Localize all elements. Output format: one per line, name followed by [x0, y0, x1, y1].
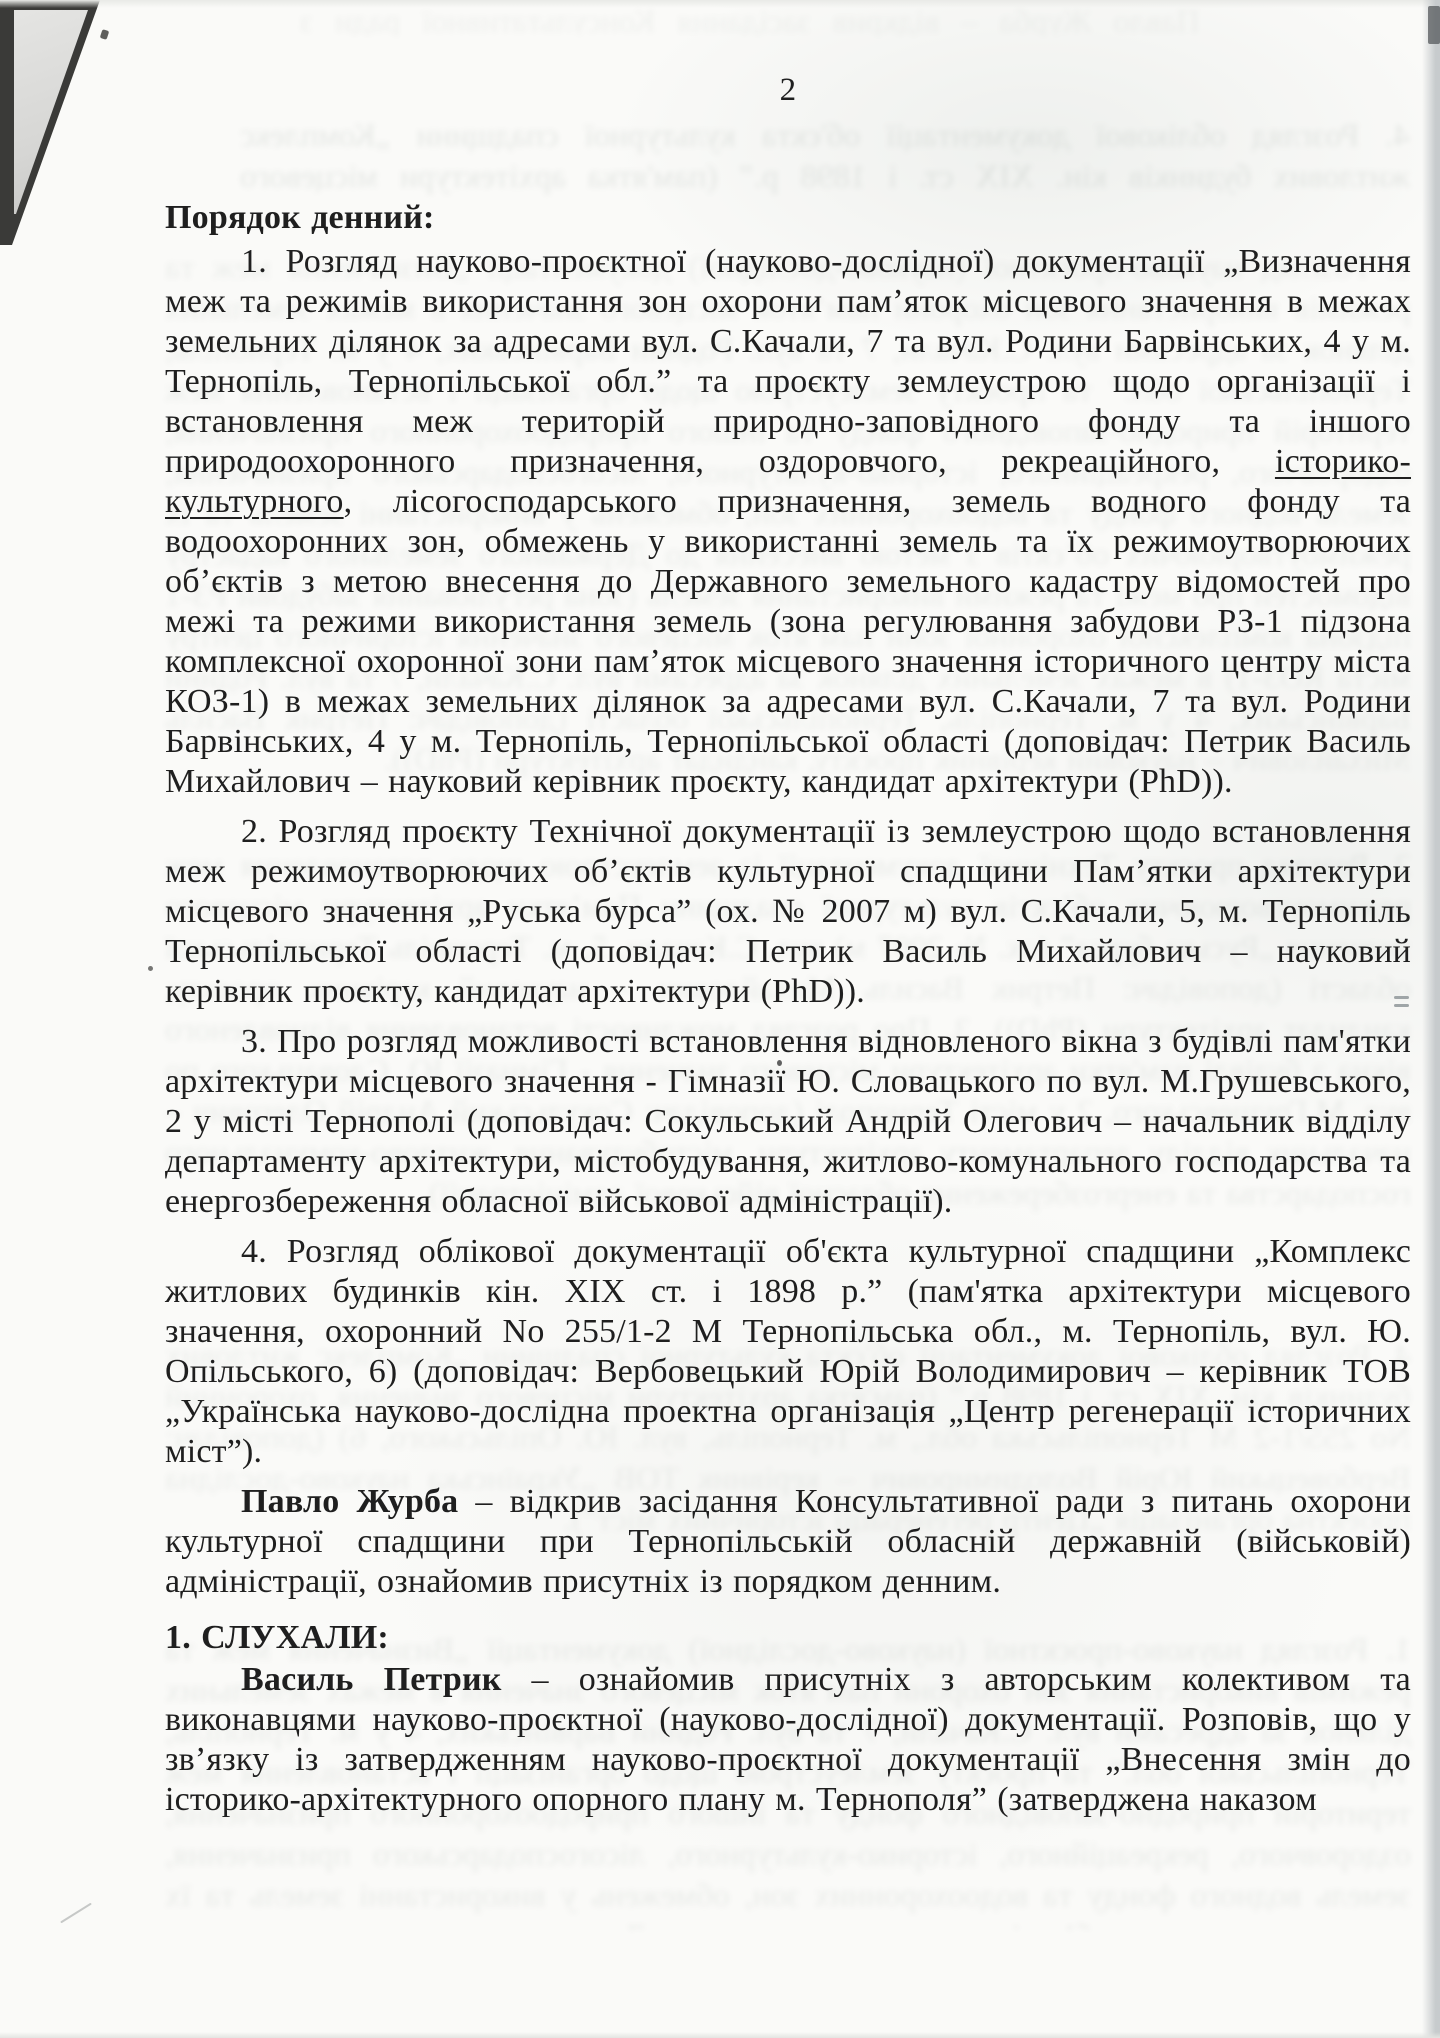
scan-speck [60, 1903, 92, 1924]
document-text-block: 2 Порядок денний: 1. Розгляд науково-про… [165, 0, 1411, 1820]
opening-paragraph: Павло Журба – відкрив засідання Консульт… [165, 1482, 1411, 1602]
page-edge-shadow-bottom [0, 2032, 1440, 2038]
text-run: , лісогосподарського призначення, земель… [165, 483, 1411, 800]
scanned-document-page: Павло Журба – відкрив засідання Консульт… [0, 0, 1440, 2038]
speaker-paragraph: Василь Петрик – ознайомив присутніх з ав… [165, 1660, 1411, 1820]
scan-edge-mark [1428, 6, 1440, 44]
agenda-item-1: 1. Розгляд науково-проєктної (науково-до… [165, 242, 1411, 802]
text-run: 2. Розгляд проєкту Технічної документаці… [165, 813, 1411, 1010]
text-run: Василь Петрик [241, 1661, 502, 1698]
text-run: 3. Про розгляд можливості встановлення в… [165, 1023, 1411, 1220]
document-body: 1. Розгляд науково-проєктної (науково-до… [165, 242, 1411, 1820]
agenda-item-3: 3. Про розгляд можливості встановлення в… [165, 1022, 1411, 1222]
text-run: 1. Розгляд науково-проєктної (науково-до… [165, 243, 1411, 480]
text-run: Павло Журба [241, 1483, 458, 1520]
agenda-item-4: 4. Розгляд облікової документації об'єкт… [165, 1232, 1411, 1472]
agenda-item-2: 2. Розгляд проєкту Технічної документаці… [165, 812, 1411, 1012]
scan-speck [100, 29, 109, 40]
scan-speck [1394, 1004, 1409, 1007]
heard-heading: 1. СЛУХАЛИ: [165, 1618, 1411, 1658]
page-number: 2 [165, 70, 1411, 110]
text-run: 4. Розгляд облікової документації об'єкт… [165, 1233, 1411, 1470]
page-edge-shadow-top [0, 0, 1440, 8]
scan-speck [148, 966, 153, 971]
text-run: 1. СЛУХАЛИ: [165, 1619, 389, 1656]
scan-speck [1394, 996, 1409, 999]
scan-speck [777, 1060, 782, 1066]
page-edge-shadow-right [1422, 0, 1440, 2038]
agenda-heading: Порядок денний: [165, 198, 1411, 238]
